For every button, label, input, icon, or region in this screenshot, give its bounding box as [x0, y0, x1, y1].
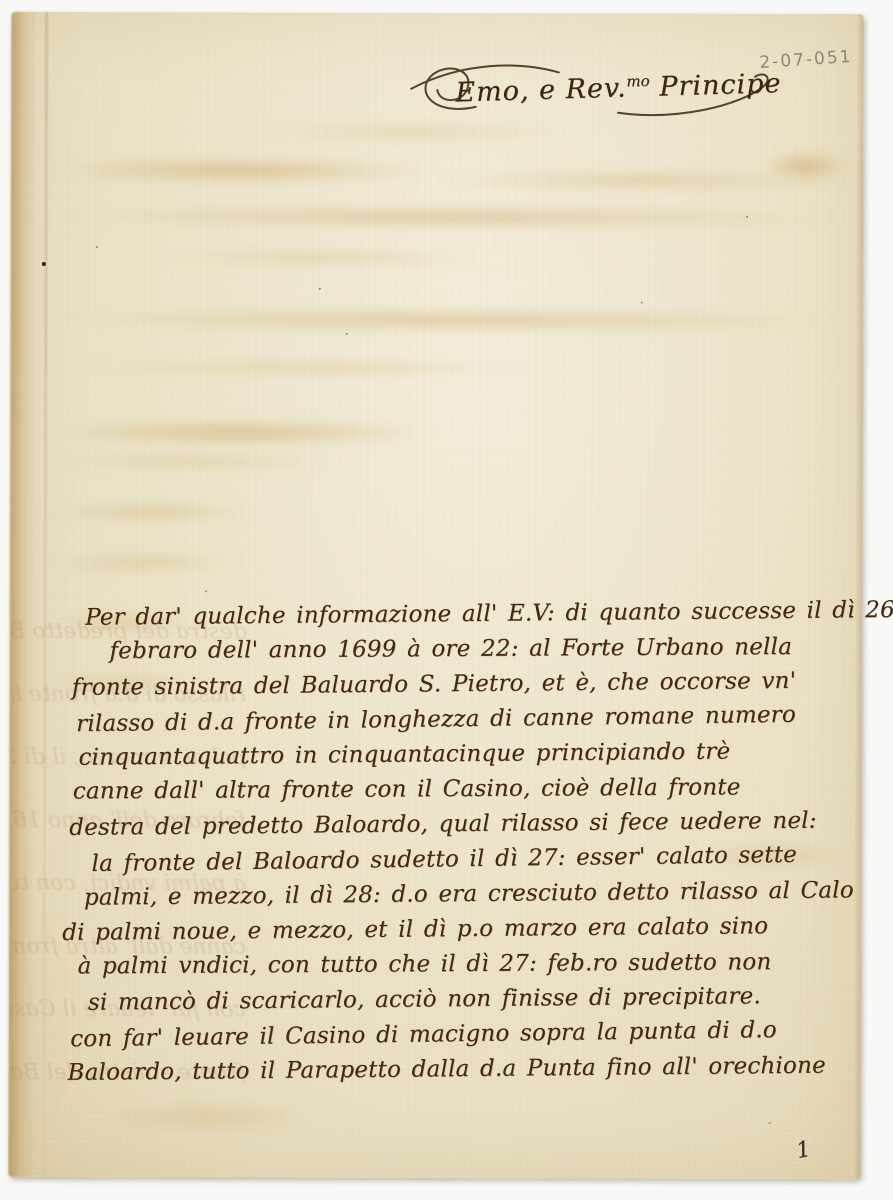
speck: [319, 288, 321, 290]
stain: [46, 503, 261, 522]
speck: [641, 302, 643, 304]
stain: [95, 1099, 315, 1136]
salutation-tail: Principe: [649, 68, 782, 103]
stain: [46, 419, 436, 446]
page-number: 1: [794, 1137, 813, 1164]
letter-body: Per dar' qualche informazione all' E.V: …: [59, 593, 870, 1091]
speck: [746, 216, 748, 218]
salutation: Emo, e Rev.mo Principe: [408, 46, 782, 133]
fold-edge: [8, 12, 37, 1177]
stain: [71, 359, 551, 376]
stain: [47, 157, 437, 184]
stain: [431, 170, 851, 191]
speck: [205, 590, 207, 592]
stain: [151, 249, 491, 266]
salutation-superscript: mo: [626, 72, 650, 91]
stain: [47, 205, 857, 229]
speck: [769, 1122, 771, 1124]
speck: [346, 333, 348, 335]
crease-line: [42, 12, 47, 1177]
body-line: Baloardo, tutto il Parapetto dalla d.a P…: [67, 1048, 869, 1091]
stain: [763, 151, 849, 181]
stain: [44, 553, 244, 572]
speck: [96, 246, 98, 248]
salutation-main: Emo, e Rev.: [455, 73, 627, 109]
stain: [47, 307, 853, 333]
stain-layer: [12, 12, 864, 14]
scanned-manuscript: destra del predetto Baloardo, qual rilas…: [0, 0, 893, 1200]
body-line: febraro dell' anno 1699 à ore 22: al For…: [109, 630, 865, 670]
paper-sheet: destra del predetto Baloardo, qual rilas…: [8, 12, 863, 1179]
stain: [46, 453, 346, 470]
